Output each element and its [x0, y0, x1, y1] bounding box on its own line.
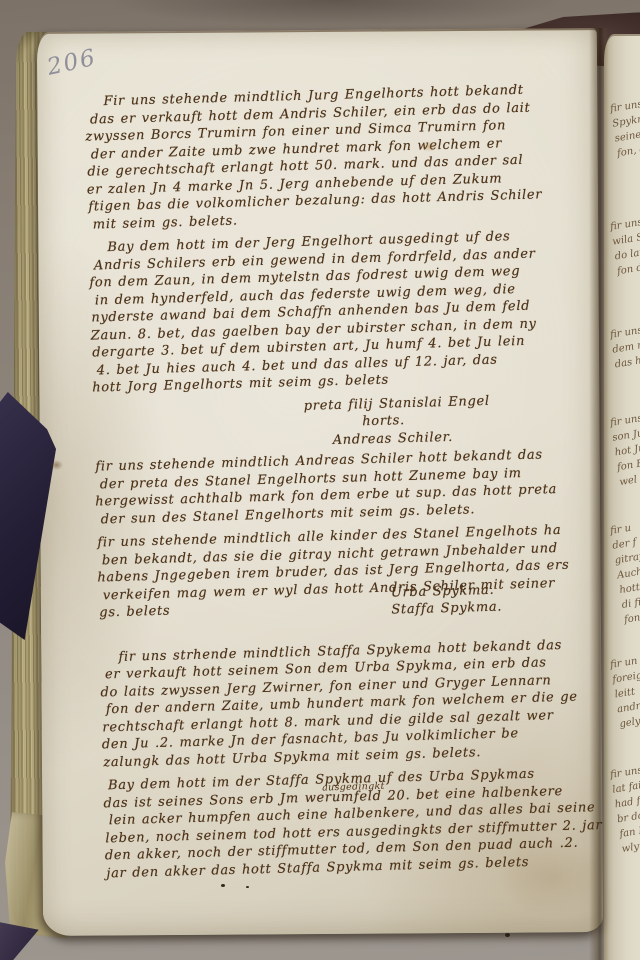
ink-speck	[505, 933, 510, 937]
signature-block-1: preta filij Stanislai Engelhorts.Andreas…	[304, 390, 573, 450]
paper-stain	[498, 838, 608, 918]
ink-speck	[246, 886, 249, 888]
paragraph-3: fir uns stehende mindtlich Andreas Schil…	[95, 446, 575, 529]
interlinear-insert: ausgedingkt	[322, 782, 385, 793]
paragraph-1: Fir uns stehende mindtlich Jurg Engelhor…	[85, 81, 567, 234]
paragraph-5: fir uns strhende mindtlich Staffa Spykem…	[100, 636, 581, 771]
fragment-group: fir uder fgitrayAuchhott adi firfon n	[609, 515, 640, 628]
fragment-group: fir unsdem rdas h	[609, 319, 640, 373]
facing-page: fir unsSpykmseinemfon, d fir unswila Sdo…	[604, 34, 640, 960]
paper-stain	[50, 460, 63, 470]
folio-number: 206	[45, 45, 99, 81]
manuscript-text: Fir uns stehende mindtlich Jurg Engelhor…	[85, 81, 584, 889]
fragment-group: fir unswila Sdo laitfon der	[609, 211, 640, 280]
paper-stain	[420, 141, 438, 152]
manuscript-photo: fir unsSpykmseinemfon, d fir unswila Sdo…	[0, 0, 640, 960]
fragment-group: fir unforeigleittandn Jgelyn	[609, 649, 640, 732]
book-gutter	[589, 28, 609, 960]
ink-speck	[221, 884, 225, 887]
backdrop-shadow	[110, 0, 560, 26]
fragment-group: fir unsson Juhot Jufon Brawel	[609, 407, 640, 490]
paragraph-2: Bay dem hott im der Jerg Engelhort ausge…	[89, 227, 571, 397]
fragment-group: fir unslat faihad frbr dofan Duwlyt	[609, 759, 640, 857]
manuscript-page: 206 Fir uns stehende mindtlich Jurg Enge…	[37, 28, 603, 936]
fragment-group: fir unsSpykmseinemfon, d	[609, 93, 640, 162]
paragraph-4: fir uns stehende mindtlich alle kinder d…	[97, 522, 577, 622]
